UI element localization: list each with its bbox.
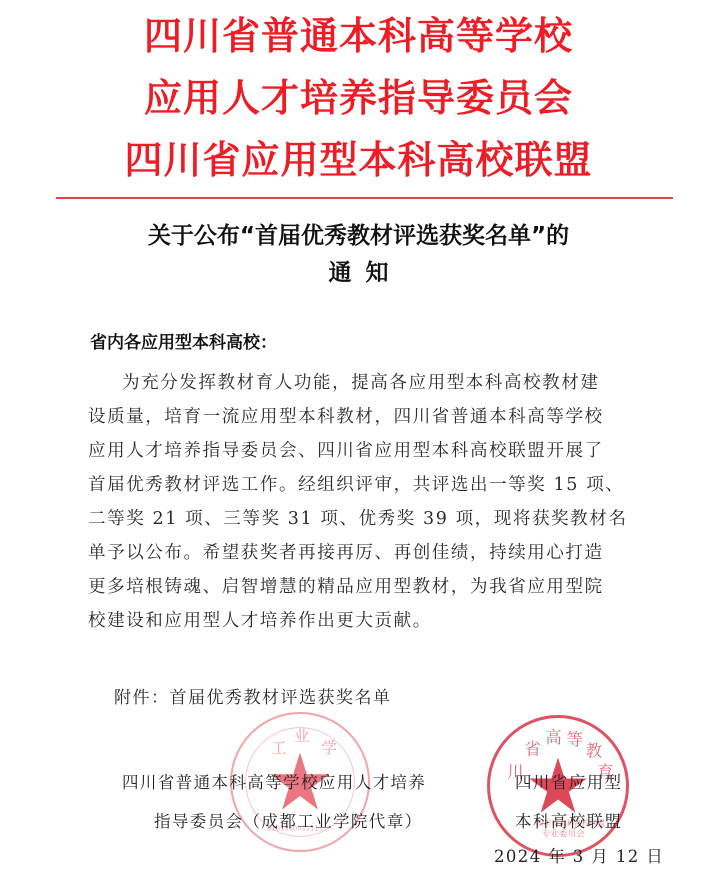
svg-text:教: 教: [586, 741, 602, 760]
svg-text:等: 等: [567, 730, 583, 749]
svg-text:高: 高: [546, 728, 562, 747]
body-line: 更多培根铸魂、启智增慧的精品应用型教材，为我省应用型院: [88, 575, 630, 599]
body-line: 首届优秀教材评选工作。经组织评审，共评选出一等奖 15 项、: [88, 473, 630, 497]
letterhead-line-2: 应用人才培养指导委员会: [0, 76, 717, 120]
signature-left-line-2: 指导委员会（成都工业学院代章）: [154, 810, 423, 834]
issue-date: 2024 年 3 月 12 日: [494, 845, 664, 869]
body-line: 为充分发挥教材育人功能，提高各应用型本科高校教材建: [122, 371, 630, 395]
letterhead-line-1: 四川省普通本科高等学校: [0, 14, 717, 58]
letterhead-line-3: 四川省应用型本科高校联盟: [0, 138, 717, 182]
letterhead-divider: [56, 197, 673, 199]
signature-right-line-1: 四川省应用型: [515, 771, 622, 795]
body-line: 单予以公布。希望获奖者再接再厉、再创佳绩，持续用心打造: [88, 541, 630, 565]
salutation: 省内各应用型本科高校：: [90, 331, 277, 355]
notice-title: 关于公布“首届优秀教材评选获奖名单”的: [0, 221, 717, 251]
attachment-note: 附件：首届优秀教材评选获奖名单: [114, 686, 392, 710]
svg-text:业: 业: [294, 727, 310, 745]
body-line: 校建设和应用型人才培养作出更大贡献。: [88, 609, 630, 633]
notice-document: 四川省普通本科高等学校 应用人才培养指导委员会 四川省应用型本科高校联盟 关于公…: [0, 0, 717, 872]
body-line: 应用人才培养指导委员会、四川省应用型本科高校联盟开展了: [88, 439, 630, 463]
body-line: 二等奖 21 项、三等奖 31 项、优秀奖 39 项，现将获奖教材名: [88, 507, 630, 531]
signature-right-line-2: 本科高校联盟: [515, 810, 622, 834]
body-line: 设质量，培育一流应用型本科教材，四川省普通本科高等学校: [88, 405, 630, 429]
signature-left-line-1: 四川省普通本科高等学校应用人才培养: [122, 771, 426, 795]
svg-text:省: 省: [524, 739, 541, 758]
notice-title-suffix: 通知: [0, 258, 717, 288]
